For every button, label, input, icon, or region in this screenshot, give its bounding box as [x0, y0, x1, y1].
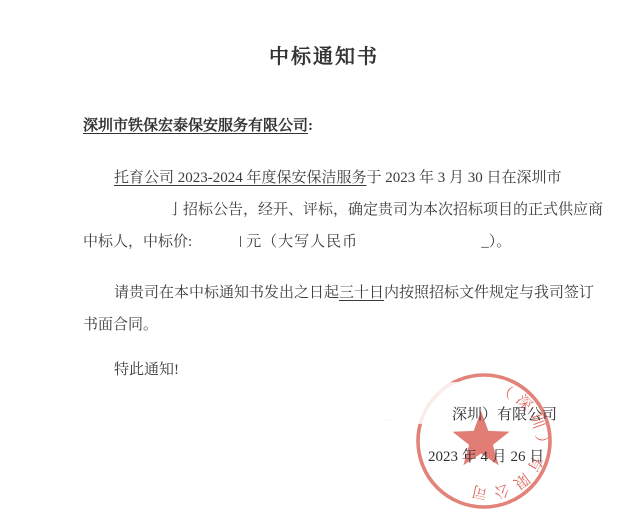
- bid-price-label: 中标人，中标价:: [83, 234, 192, 250]
- currency-unit-text: 元（大写人民币: [246, 234, 358, 250]
- paragraph1-line1-rest: 于 2023 年 3 月 30 日在深圳市: [367, 170, 562, 186]
- paragraph2-after: 内按照招标文件规定与我司签订: [384, 285, 594, 301]
- closing-paren: _）。: [481, 234, 511, 250]
- signature-company-partial: 深圳）有限公司: [452, 406, 557, 425]
- paragraph1-line2-text: 招标公告，经开、评标，确定贵司为本次招标项目的正式供应商: [183, 202, 603, 218]
- paragraph2-line2: 书面合同。: [83, 316, 588, 335]
- seal-redaction-overlay: [375, 382, 461, 426]
- seal-fade-overlay: [370, 420, 404, 446]
- project-name-underlined: 托育公司 2023-2024 年度保安保洁服务: [114, 170, 367, 186]
- paragraph1-line3: 中标人，中标价:元（大写人民币_）。: [83, 233, 588, 252]
- document-title: 中标通知书: [6, 40, 636, 69]
- character-remnant-mark: [240, 236, 243, 247]
- addressee-name: 深圳市铁保宏泰保安服务有限公司: [83, 118, 308, 134]
- paragraph2-before: 请贵司在本中标通知书发出之日起: [114, 285, 339, 301]
- addressee-line: 深圳市铁保宏泰保安服务有限公司:: [83, 117, 588, 136]
- paragraph2-line1: 请贵司在本中标通知书发出之日起三十日内按照招标文件规定与我司签订: [83, 284, 588, 303]
- character-fragment: 亅: [168, 202, 183, 218]
- signature-date: 2023 年 4 月 26 日: [428, 448, 544, 467]
- company-seal: （深圳）有限公司: [370, 360, 600, 525]
- deadline-underlined: 三十日: [339, 285, 384, 301]
- notice-text: 特此通知!: [114, 362, 179, 378]
- addressee-colon: :: [308, 118, 313, 134]
- award-notice-document: 中标通知书 深圳市铁保宏泰保安服务有限公司: 托育公司 2023-2024 年度…: [0, 0, 636, 527]
- paragraph1-line1: 托育公司 2023-2024 年度保安保洁服务于 2023 年 3 月 30 日…: [83, 169, 588, 188]
- paragraph1-line2: 亅招标公告，经开、评标，确定贵司为本次招标项目的正式供应商: [83, 201, 588, 220]
